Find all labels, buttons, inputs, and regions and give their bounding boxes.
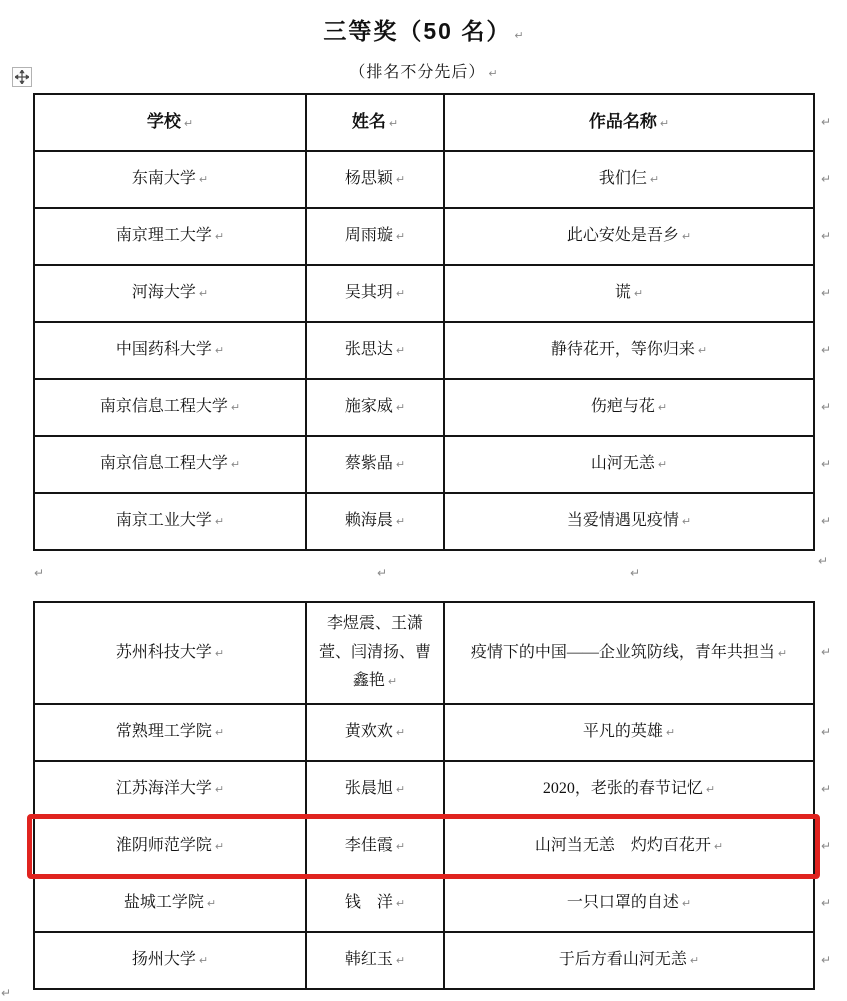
paragraph-mark-icon: ↵ bbox=[396, 954, 405, 967]
table-cell: 河海大学↵ bbox=[34, 265, 306, 322]
table-cell: 我们仨↵ bbox=[444, 151, 814, 208]
row-end-mark-icon: ↵ bbox=[821, 783, 831, 795]
cell-text: 苏州科技大学 bbox=[116, 644, 212, 661]
page-subtitle: （排名不分先后）↵ bbox=[0, 59, 847, 82]
cell-text: 淮阴师范学院 bbox=[116, 837, 212, 854]
paragraph-mark-icon: ↵ bbox=[215, 647, 224, 660]
row-end-mark-icon: ↵ bbox=[821, 840, 831, 852]
cell-text: 江苏海洋大学 bbox=[116, 780, 212, 797]
paragraph-mark-icon: ↵ bbox=[666, 726, 675, 739]
cell-text: 李佳霞 bbox=[345, 837, 393, 854]
row-end-mark-icon: ↵ bbox=[821, 515, 831, 527]
paragraph-mark-icon: ↵ bbox=[396, 783, 405, 796]
table-row: 河海大学↵吴其玥↵谎↵ bbox=[34, 265, 814, 322]
paragraph-mark-icon: ↵ bbox=[488, 67, 497, 80]
cell-text: 此心安处是吾乡 bbox=[567, 227, 679, 244]
table-cell: 于后方看山河无恙↵ bbox=[444, 932, 814, 989]
table-row: 南京理工大学↵周雨璇↵此心安处是吾乡↵ bbox=[34, 208, 814, 265]
row-end-mark-icon: ↵ bbox=[821, 173, 831, 185]
paragraph-mark-icon: ↵ bbox=[215, 726, 224, 739]
table-cell: 常熟理工学院↵ bbox=[34, 704, 306, 761]
header-work-title: 作品名称↵ bbox=[444, 94, 814, 151]
move-cross-icon bbox=[15, 70, 29, 84]
cell-text: 伤疤与花 bbox=[591, 398, 655, 415]
table-cell: 静待花开，等你归来↵ bbox=[444, 322, 814, 379]
cell-text: 于后方看山河无恙 bbox=[559, 951, 687, 968]
paragraph-mark-icon: ↵ bbox=[650, 173, 659, 186]
paragraph-mark-icon: ↵ bbox=[396, 401, 405, 414]
table-cell: 扬州大学↵ bbox=[34, 932, 306, 989]
paragraph-mark-icon: ↵ bbox=[215, 783, 224, 796]
paragraph-mark-icon: ↵ bbox=[199, 287, 208, 300]
row-end-mark-icon: ↵ bbox=[821, 230, 831, 242]
cell-text: 蔡紫晶 bbox=[345, 455, 393, 472]
cell-text: 平凡的英雄 bbox=[583, 723, 663, 740]
table-cell: 南京信息工程大学↵ bbox=[34, 436, 306, 493]
cell-text: 河海大学 bbox=[132, 284, 196, 301]
cell-text: 静待花开，等你归来 bbox=[551, 341, 695, 358]
cell-text: 扬州大学 bbox=[132, 951, 196, 968]
row-end-mark-icon: ↵ bbox=[821, 897, 831, 909]
row-end-mark-icon: ↵ bbox=[821, 401, 831, 413]
cell-text: 施家威 bbox=[345, 398, 393, 415]
table-cell: 蔡紫晶↵ bbox=[306, 436, 444, 493]
paragraph-mark-icon: ↵ bbox=[184, 117, 193, 130]
row-end-mark-icon: ↵ bbox=[821, 646, 831, 658]
table-cell: 南京工业大学↵ bbox=[34, 493, 306, 550]
paragraph-mark-icon: ↵ bbox=[396, 173, 405, 186]
table-cell: 黄欢欢↵ bbox=[306, 704, 444, 761]
row-end-mark-icon: ↵ bbox=[818, 555, 828, 567]
cell-text: 谎 bbox=[615, 284, 631, 301]
table-cell: 江苏海洋大学↵ bbox=[34, 761, 306, 818]
table-cell: 中国药科大学↵ bbox=[34, 322, 306, 379]
paragraph-mark-icon: ↵ bbox=[778, 647, 787, 660]
table-row: 南京工业大学↵赖海晨↵当爱情遇见疫情↵ bbox=[34, 493, 814, 550]
cell-text: 李煜震、王潇萱、闫清扬、曹鑫艳 bbox=[319, 615, 431, 690]
paragraph-mark-icon: ↵ bbox=[514, 29, 523, 42]
table-header-row: 学校↵ 姓名↵ 作品名称↵ bbox=[34, 94, 814, 151]
table-row: 盐城工学院↵钱 洋↵一只口罩的自述↵ bbox=[34, 875, 814, 932]
table-cell: 南京信息工程大学↵ bbox=[34, 379, 306, 436]
table-row: 东南大学↵杨思颖↵我们仨↵ bbox=[34, 151, 814, 208]
paragraph-mark-icon: ↵ bbox=[396, 287, 405, 300]
table-cell: 盐城工学院↵ bbox=[34, 875, 306, 932]
cell-text: 我们仨 bbox=[599, 170, 647, 187]
paragraph-mark-icon: ↵ bbox=[690, 954, 699, 967]
table-row: 南京信息工程大学↵蔡紫晶↵山河无恙↵ bbox=[34, 436, 814, 493]
paragraph-mark-icon: ↵ bbox=[630, 567, 640, 579]
table-cell: 山河无恙↵ bbox=[444, 436, 814, 493]
cell-text: 南京信息工程大学 bbox=[100, 398, 228, 415]
cell-text: 东南大学 bbox=[132, 170, 196, 187]
paragraph-mark-icon: ↵ bbox=[698, 344, 707, 357]
paragraph-mark-icon: ↵ bbox=[396, 344, 405, 357]
paragraph-mark-icon: ↵ bbox=[199, 173, 208, 186]
paragraph-mark-icon: ↵ bbox=[1, 986, 11, 1000]
cell-text: 当爱情遇见疫情 bbox=[567, 512, 679, 529]
table-row: 江苏海洋大学↵张晨旭↵2020，老张的春节记忆↵ bbox=[34, 761, 814, 818]
table-cell: 南京理工大学↵ bbox=[34, 208, 306, 265]
cell-text: 南京信息工程大学 bbox=[100, 455, 228, 472]
row-end-mark-icon: ↵ bbox=[821, 287, 831, 299]
paragraph-mark-icon: ↵ bbox=[388, 675, 397, 688]
row-end-mark-icon: ↵ bbox=[821, 458, 831, 470]
table-cell: 当爱情遇见疫情↵ bbox=[444, 493, 814, 550]
table-cell: 韩红玉↵ bbox=[306, 932, 444, 989]
row-end-mark-icon: ↵ bbox=[821, 954, 831, 966]
paragraph-mark-icon: ↵ bbox=[215, 840, 224, 853]
cell-text: 韩红玉 bbox=[345, 951, 393, 968]
cell-text: 周雨璇 bbox=[345, 227, 393, 244]
table-cell: 平凡的英雄↵ bbox=[444, 704, 814, 761]
awards-table-2: 苏州科技大学↵李煜震、王潇萱、闫清扬、曹鑫艳↵疫情下的中国——企业筑防线，青年共… bbox=[33, 601, 815, 990]
header-text: 作品名称 bbox=[589, 112, 657, 131]
table-cell: 淮阴师范学院↵ bbox=[34, 818, 306, 875]
paragraph-mark-icon: ↵ bbox=[660, 117, 669, 130]
table-cell: 杨思颖↵ bbox=[306, 151, 444, 208]
table-row: 苏州科技大学↵李煜震、王潇萱、闫清扬、曹鑫艳↵疫情下的中国——企业筑防线，青年共… bbox=[34, 602, 814, 704]
document-page: 三等奖（50 名）↵ （排名不分先后）↵ 学校↵ 姓名↵ 作品名称↵ 东南大学↵ bbox=[0, 0, 847, 1001]
cell-text: 吴其玥 bbox=[345, 284, 393, 301]
table-row: 常熟理工学院↵黄欢欢↵平凡的英雄↵ bbox=[34, 704, 814, 761]
paragraph-mark-icon: ↵ bbox=[231, 458, 240, 471]
cell-text: 盐城工学院 bbox=[124, 894, 204, 911]
table-move-handle-icon[interactable] bbox=[12, 67, 32, 87]
paragraph-mark-icon: ↵ bbox=[389, 117, 398, 130]
header-text: 姓名 bbox=[352, 112, 386, 131]
table-cell: 周雨璇↵ bbox=[306, 208, 444, 265]
page-title: 三等奖（50 名）↵ bbox=[0, 13, 847, 46]
cell-text: 张思达 bbox=[345, 341, 393, 358]
cell-text: 山河无恙 bbox=[591, 455, 655, 472]
paragraph-mark-icon: ↵ bbox=[231, 401, 240, 414]
table-row: 南京信息工程大学↵施家威↵伤疤与花↵ bbox=[34, 379, 814, 436]
paragraph-mark-icon: ↵ bbox=[215, 344, 224, 357]
cell-text: 疫情下的中国——企业筑防线，青年共担当 bbox=[471, 644, 775, 661]
cell-text: 中国药科大学 bbox=[116, 341, 212, 358]
table-cell: 伤疤与花↵ bbox=[444, 379, 814, 436]
paragraph-mark-icon: ↵ bbox=[377, 567, 387, 579]
cell-text: 南京工业大学 bbox=[116, 512, 212, 529]
row-end-mark-icon: ↵ bbox=[821, 726, 831, 738]
table-cell: 施家威↵ bbox=[306, 379, 444, 436]
cell-text: 南京理工大学 bbox=[116, 227, 212, 244]
row-end-mark-icon: ↵ bbox=[821, 116, 831, 128]
paragraph-mark-icon: ↵ bbox=[396, 458, 405, 471]
table-cell: 李佳霞↵ bbox=[306, 818, 444, 875]
table-row: 中国药科大学↵张思达↵静待花开，等你归来↵ bbox=[34, 322, 814, 379]
table-cell: 一只口罩的自述↵ bbox=[444, 875, 814, 932]
paragraph-mark-icon: ↵ bbox=[207, 897, 216, 910]
table-cell: 张晨旭↵ bbox=[306, 761, 444, 818]
awards-table-1: 学校↵ 姓名↵ 作品名称↵ 东南大学↵杨思颖↵我们仨↵南京理工大学↵周雨璇↵此心… bbox=[33, 93, 815, 551]
cell-text: 赖海晨 bbox=[345, 512, 393, 529]
paragraph-mark-icon: ↵ bbox=[682, 897, 691, 910]
cell-text: 常熟理工学院 bbox=[116, 723, 212, 740]
header-name: 姓名↵ bbox=[306, 94, 444, 151]
table-cell: 谎↵ bbox=[444, 265, 814, 322]
cell-text: 一只口罩的自述 bbox=[567, 894, 679, 911]
paragraph-mark-icon: ↵ bbox=[658, 458, 667, 471]
table-cell: 东南大学↵ bbox=[34, 151, 306, 208]
paragraph-mark-icon: ↵ bbox=[396, 726, 405, 739]
table-cell: 张思达↵ bbox=[306, 322, 444, 379]
cell-text: 黄欢欢 bbox=[345, 723, 393, 740]
table-row: 淮阴师范学院↵李佳霞↵山河当无恙 灼灼百花开↵ bbox=[34, 818, 814, 875]
table-cell: 苏州科技大学↵ bbox=[34, 602, 306, 704]
table-row: 扬州大学↵韩红玉↵于后方看山河无恙↵ bbox=[34, 932, 814, 989]
cell-text: 张晨旭 bbox=[345, 780, 393, 797]
paragraph-mark-icon: ↵ bbox=[396, 897, 405, 910]
table-cell: 李煜震、王潇萱、闫清扬、曹鑫艳↵ bbox=[306, 602, 444, 704]
table-cell: 疫情下的中国——企业筑防线，青年共担当↵ bbox=[444, 602, 814, 704]
paragraph-mark-icon: ↵ bbox=[396, 230, 405, 243]
table-cell: 赖海晨↵ bbox=[306, 493, 444, 550]
paragraph-mark-icon: ↵ bbox=[396, 515, 405, 528]
cell-text: 杨思颖 bbox=[345, 170, 393, 187]
paragraph-mark-icon: ↵ bbox=[714, 840, 723, 853]
header-text: 学校 bbox=[147, 112, 181, 131]
table-cell: 2020，老张的春节记忆↵ bbox=[444, 761, 814, 818]
page-title-text: 三等奖（50 名） bbox=[323, 18, 511, 44]
table-cell: 钱 洋↵ bbox=[306, 875, 444, 932]
paragraph-mark-icon: ↵ bbox=[199, 954, 208, 967]
table-cell: 山河当无恙 灼灼百花开↵ bbox=[444, 818, 814, 875]
paragraph-mark-icon: ↵ bbox=[34, 567, 44, 579]
cell-text: 钱 洋 bbox=[345, 894, 393, 911]
paragraph-mark-icon: ↵ bbox=[706, 783, 715, 796]
header-school: 学校↵ bbox=[34, 94, 306, 151]
cell-text: 山河当无恙 灼灼百花开 bbox=[535, 837, 711, 854]
row-end-mark-icon: ↵ bbox=[821, 344, 831, 356]
paragraph-mark-icon: ↵ bbox=[215, 515, 224, 528]
paragraph-mark-icon: ↵ bbox=[658, 401, 667, 414]
paragraph-mark-icon: ↵ bbox=[682, 515, 691, 528]
paragraph-mark-icon: ↵ bbox=[215, 230, 224, 243]
table-cell: 此心安处是吾乡↵ bbox=[444, 208, 814, 265]
page-subtitle-text: （排名不分先后） bbox=[349, 64, 485, 81]
cell-text: 2020，老张的春节记忆 bbox=[543, 780, 703, 797]
paragraph-mark-icon: ↵ bbox=[634, 287, 643, 300]
paragraph-mark-icon: ↵ bbox=[396, 840, 405, 853]
paragraph-mark-icon: ↵ bbox=[682, 230, 691, 243]
table-cell: 吴其玥↵ bbox=[306, 265, 444, 322]
